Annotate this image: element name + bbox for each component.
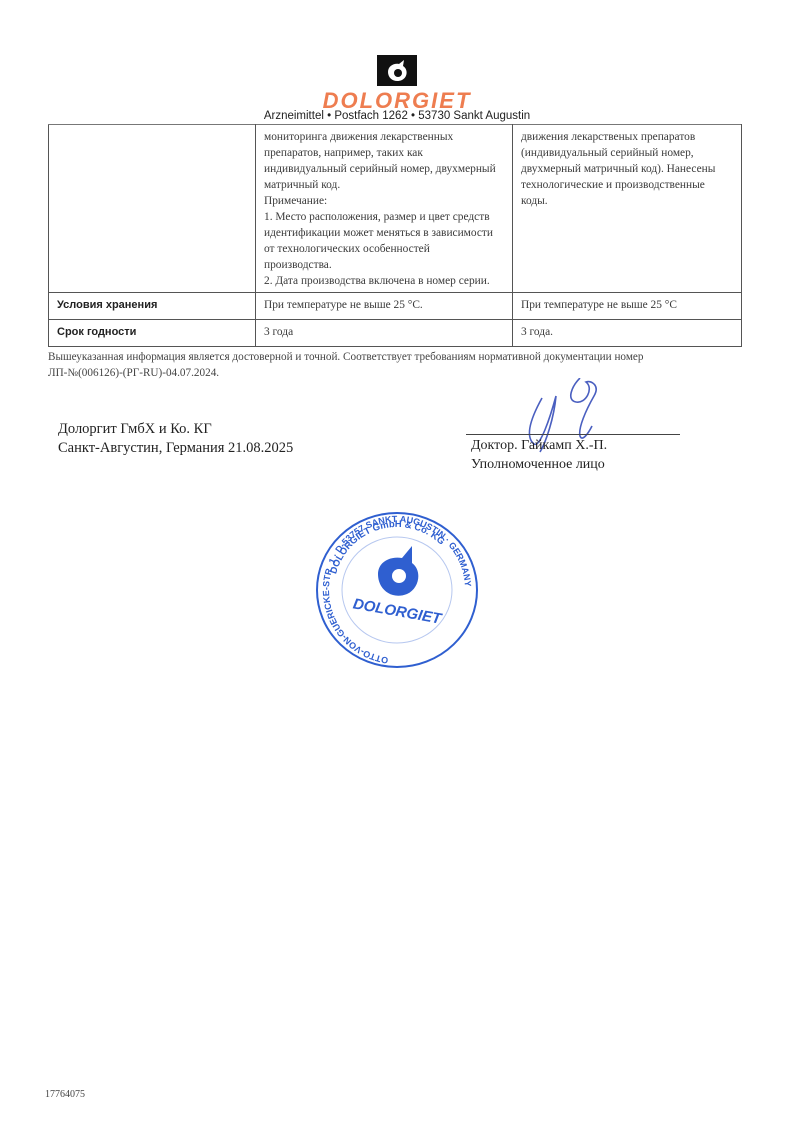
row-value-col3: движения лекарственых препаратов (индиви… bbox=[513, 125, 742, 293]
text-line: мониторинга движения лекарственных bbox=[264, 129, 504, 145]
signature-line bbox=[466, 434, 680, 435]
row-value-col2: мониторинга движения лекарственных препа… bbox=[256, 125, 513, 293]
text-line: 2. Дата производства включена в номер се… bbox=[264, 273, 504, 289]
signer-name: Доктор. Гайкамп Х.-П. bbox=[471, 436, 607, 455]
row-value-col2: При температуре не выше 25 °С. bbox=[256, 293, 513, 320]
svg-text:DOLORGIET: DOLORGIET bbox=[352, 595, 445, 628]
text-line: технологические и производственные bbox=[521, 177, 733, 193]
row-label-storage: Условия хранения bbox=[49, 293, 256, 320]
company-name: Долоргит ГмбХ и Ко. КГ bbox=[58, 420, 293, 439]
text-line: индивидуальный серийный номер, двухмерны… bbox=[264, 161, 504, 177]
row-value-col3: При температуре не выше 25 °С bbox=[513, 293, 742, 320]
text-line: двухмерный матричный код). Нанесены bbox=[521, 161, 733, 177]
company-block: Долоргит ГмбХ и Ко. КГ Санкт-Августин, Г… bbox=[58, 420, 293, 458]
signer-block: Доктор. Гайкамп Х.-П. Уполномоченное лиц… bbox=[471, 436, 607, 474]
company-address: Arzneimittel • Postfach 1262 • 53730 San… bbox=[0, 110, 794, 122]
statement-line: Вышеуказанная информация является достов… bbox=[48, 349, 748, 365]
table-row: Условия хранения При температуре не выше… bbox=[49, 293, 742, 320]
row-value-col3: 3 года. bbox=[513, 320, 742, 347]
place-date: Санкт-Августин, Германия 21.08.2025 bbox=[58, 439, 293, 458]
row-label bbox=[49, 125, 256, 293]
text-line: (индивидуальный серийный номер, bbox=[521, 145, 733, 161]
text-line: движения лекарственых препаратов bbox=[521, 129, 733, 145]
signer-role: Уполномоченное лицо bbox=[471, 455, 607, 474]
text-line: от технологических особенностей bbox=[264, 241, 504, 257]
text-line: коды. bbox=[521, 193, 733, 209]
conformity-statement: Вышеуказанная информация является достов… bbox=[48, 349, 748, 381]
row-value-col2: 3 года bbox=[256, 320, 513, 347]
text-line: Примечание: bbox=[264, 193, 504, 209]
product-info-table: мониторинга движения лекарственных препа… bbox=[48, 124, 742, 347]
table-row: Срок годности 3 года 3 года. bbox=[49, 320, 742, 347]
company-stamp: OTTO-VON-GUERICKE-STR. 1 · D-53757 SANKT… bbox=[312, 508, 482, 672]
text-line: 1. Место расположения, размер и цвет сре… bbox=[264, 209, 504, 225]
text-line: матричный код. bbox=[264, 177, 504, 193]
text-line: идентификации может меняться в зависимос… bbox=[264, 225, 504, 241]
text-line: препаратов, например, таких как bbox=[264, 145, 504, 161]
text-line: производства. bbox=[264, 257, 504, 273]
document-code: 17764075 bbox=[45, 1089, 85, 1100]
row-label-shelf-life: Срок годности bbox=[49, 320, 256, 347]
table-row: мониторинга движения лекарственных препа… bbox=[49, 125, 742, 293]
dolorgiet-drop-logo-icon bbox=[377, 55, 417, 86]
